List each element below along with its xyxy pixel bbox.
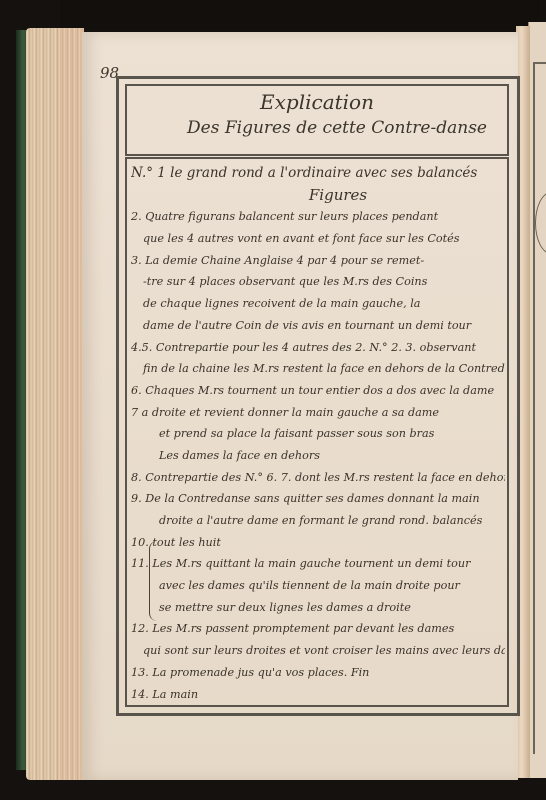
facing-page-frame <box>533 62 546 754</box>
instruction-line: 12. Les M.rs passent promptement par dev… <box>131 618 505 640</box>
instruction-line: 14. La main <box>131 684 505 706</box>
instruction-line: 4.5. Contrepartie pour les 4 autres des … <box>131 337 505 359</box>
instruction-line: avec les dames qu'ils tiennent de la mai… <box>131 575 505 597</box>
instruction-line: droite a l'autre dame en formant le gran… <box>131 510 505 532</box>
instruction-line: 10. tout les huit <box>131 532 505 554</box>
background-shadow <box>60 0 540 30</box>
instruction-line: 2. Quatre figurans balancent sur leurs p… <box>131 206 505 228</box>
instruction-line: 3. La demie Chaine Anglaise 4 par 4 pour… <box>131 250 505 272</box>
figures-label: Figures <box>131 185 505 207</box>
instruction-line: qui sont sur leurs droites et vont crois… <box>131 640 505 662</box>
instruction-line: -tre sur 4 places observant que les M.rs… <box>131 271 505 293</box>
title-explication: Explication <box>127 90 507 114</box>
instructions-text: N.° 1 le grand rond a l'ordinaire avec s… <box>131 163 505 705</box>
instruction-line: 7 a droite et revient donner la main gau… <box>131 402 505 424</box>
heading-figure-1: N.° 1 le grand rond a l'ordinaire avec s… <box>131 163 505 185</box>
instruction-line: 11. Les M.rs quittant la main gauche tou… <box>131 553 505 575</box>
instruction-line: dame de l'autre Coin de vis avis en tour… <box>131 315 505 337</box>
instructions-box: N.° 1 le grand rond a l'ordinaire avec s… <box>125 157 509 707</box>
instruction-line: 8. Contrepartie des N.° 6. 7. dont les M… <box>131 467 505 489</box>
instruction-line: se mettre sur deux lignes les dames a dr… <box>131 597 505 619</box>
instruction-line: et prend sa place la faisant passer sous… <box>131 423 505 445</box>
title-cartouche: Explication Des Figures de cette Contre-… <box>125 84 509 156</box>
instruction-line: Les dames la face en dehors <box>131 445 505 467</box>
facing-page <box>528 22 546 778</box>
instruction-line: que les 4 autres vont en avant et font f… <box>131 228 505 250</box>
engraved-frame: Explication Des Figures de cette Contre-… <box>116 76 520 716</box>
instruction-line: 9. De la Contredanse sans quitter ses da… <box>131 488 505 510</box>
instruction-line: 6. Chaques M.rs tournent un tour entier … <box>131 380 505 402</box>
page-edges <box>26 28 84 780</box>
instruction-line: de chaque lignes recoivent de la main ga… <box>131 293 505 315</box>
instruction-line: fin de la chaine les M.rs restent la fac… <box>131 358 505 380</box>
title-subtitle: Des Figures de cette Contre-danse <box>127 118 507 138</box>
instruction-line: 13. La promenade jus qu'a vos places. Fi… <box>131 662 505 684</box>
